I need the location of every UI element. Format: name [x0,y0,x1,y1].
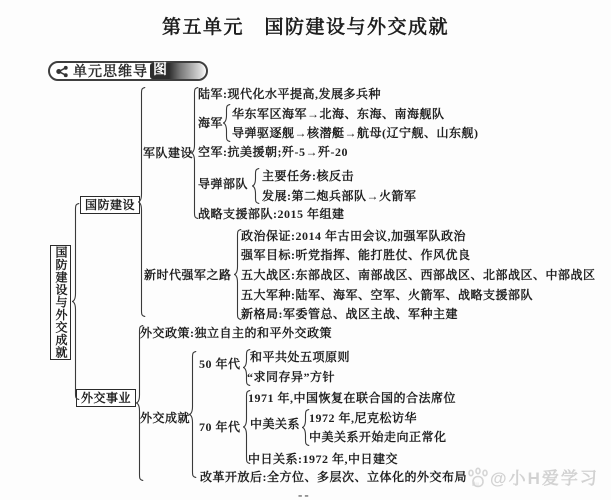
badge-label-emphasis: 图 [150,64,167,78]
brace-daodan [251,168,260,204]
watermark-text: @小H爱学习 [490,464,599,489]
brace-era50 [242,349,251,386]
page-number-marker: -- [298,487,311,500]
node-zhongmei-guanxi: 中美关系 [250,417,300,431]
badge-label: 单元思维导 [73,61,148,81]
leaf-1972-nixon: 1972 年,尼克松访华 [309,411,417,425]
node-waijiao-shiye: 外交事业 [76,389,136,407]
paw-icon: du [466,466,490,488]
brace-waijiao [135,325,144,481]
share-nodes-icon [55,65,70,78]
leaf-daodan-1: 主要任务:核反击 [262,169,354,183]
leaf-qiangjun-mubiao: 强军目标:听党指挥、能打胜仗、作风优良 [241,248,471,262]
paw-logo-subtext: du [472,482,479,488]
scanned-textbook-page: 第五单元 国防建设与外交成就 单元思维导 图 国防建设与外交成就 国防建设 外交… [0,0,611,500]
brace-xinshidai [233,229,242,320]
leaf-zhanlue-zhiyuan: 战略支援部队:2015 年组建 [198,207,345,221]
brace-chengjiu [188,351,197,478]
brace-guofang [137,87,146,317]
section-badge: 单元思维导 图 [48,61,208,81]
node-xinshidai-qiangjun: 新时代强军之路 [144,268,232,282]
leaf-kongjun: 空军:抗美援朝;歼-5→歼-20 [198,145,348,159]
brace-root [71,203,80,400]
node-daodan-budui: 导弹部队 [198,177,248,191]
leaf-zhengzhi-baozheng: 政治保证:2014 年古田会议,加强军队政治 [241,229,466,243]
leaf-heping-gongchu: 和平共处五项原则 [250,350,350,364]
root-node: 国防建设与外交成就 [50,245,71,360]
leaf-zhongmei-normalize: 中美关系开始走向正常化 [309,430,447,444]
node-jundui-jianshe: 军队建设 [143,146,193,160]
brace-era70 [242,390,251,464]
leaf-qiutong-cunyi: “求同存异”方针 [247,370,335,384]
leaf-zhongri-guanxi: 中日关系:1972 年,中日建交 [248,452,398,466]
node-era-50s: 50 年代 [199,357,241,371]
node-guofang-jianshe: 国防建设 [80,196,140,214]
node-era-70s: 70 年代 [199,420,241,434]
leaf-waijiao-zhengce: 外交政策:独立自主的和平外交政策 [140,326,332,340]
brace-zhongmei [301,409,310,446]
leaf-1971-un: 1971 年,中国恢复在联合国的合法席位 [248,391,456,405]
leaf-wuda-zhanqu: 五大战区:东部战区、南部战区、西部战区、北部战区、中部战区 [241,268,596,282]
leaf-lujun: 陆军:现代化水平提高,发展多兵种 [198,87,381,101]
leaf-xingeju: 新格局:军委管总、战区主战、军种主建 [241,307,458,321]
page-title: 第五单元 国防建设与外交成就 [0,12,611,39]
leaf-wuda-junzhong: 五大军种:陆军、海军、空军、火箭军、战略支援部队 [241,288,533,302]
leaf-haijun-1: 华东军区海军→北海、东海、南海舰队 [232,107,445,121]
brace-haijun [222,104,231,142]
badge-tail-bar: 图 [150,63,205,79]
node-haijun: 海军 [198,116,223,130]
leaf-haijun-2: 导弹驱逐舰→核潜艇→航母(辽宁舰、山东舰) [232,126,479,140]
node-waijiao-chengjiu: 外交成就 [140,411,190,425]
brace-junjian [190,87,199,219]
leaf-gaige-kaifang: 改革开放后:全方位、多层次、立体化的外交布局 [200,470,467,484]
leaf-daodan-2: 发展:第二炮兵部队→火箭军 [262,189,417,203]
watermark: du @小H爱学习 [466,464,599,489]
